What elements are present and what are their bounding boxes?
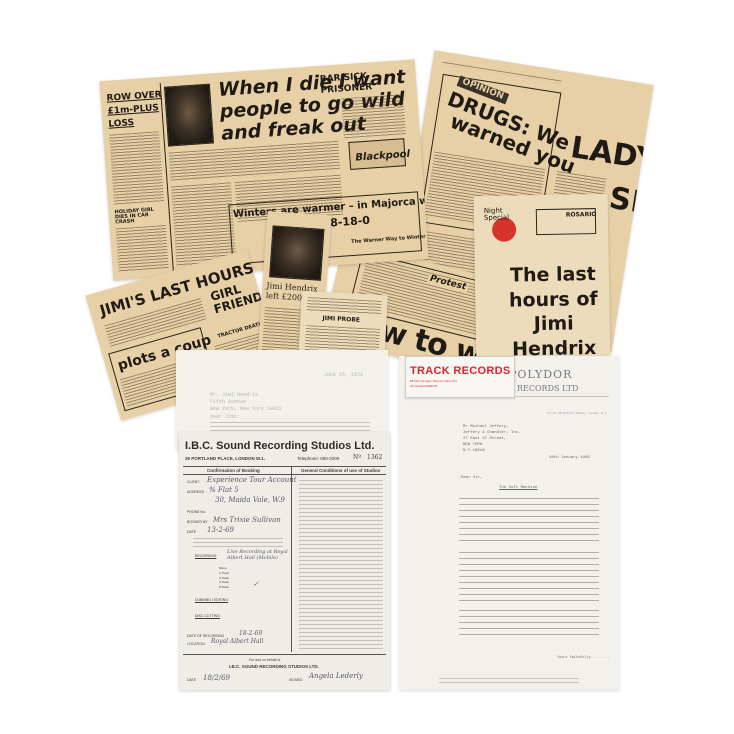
- footer-company: I.B.C. SOUND RECORDING STUDIOS LTD.: [229, 664, 319, 669]
- track-records-slip: TRACK RECORDS 58 Old Compton Street Lond…: [405, 356, 515, 398]
- loss-figure-headline: £1m-PLUS: [107, 104, 159, 117]
- recipient-address: Mr Michael Jeffery, Jeffery & Chandler, …: [463, 424, 521, 454]
- field-address-value: % Flat 5: [209, 486, 239, 494]
- recording-note: Live Recording at Royal Albert Hall (Mob…: [227, 550, 291, 561]
- four-track-checkmark: ✓: [253, 580, 259, 588]
- field-address-label: ADDRESS: [187, 490, 204, 494]
- recording-label: RECORDING: [195, 554, 216, 558]
- lady-headline: LADY: [569, 133, 654, 176]
- track-records-phone: 01-Gerrard 0969/7/8: [410, 384, 437, 388]
- track-records-title: TRACK RECORDS: [410, 365, 510, 377]
- hendrix-photo: [164, 84, 214, 147]
- location-label: LOCATION: [187, 642, 205, 646]
- field-address-value-2: 30, Maida Vale, W.9: [215, 496, 285, 504]
- letter-subject: The Soft Machine: [499, 486, 537, 490]
- ibc-form-number: 1362: [367, 454, 382, 461]
- confirmation-header: Confirmation of Booking: [207, 468, 260, 473]
- polydor-letterhead: POLYDOR: [509, 368, 572, 381]
- disc-cutting-label: DISC CUTTING: [195, 614, 220, 618]
- recording-options: Mono 2 Track 3 Track 4 Track 8 Track: [219, 566, 229, 590]
- polydor-letter: POLYDOR RECORDS LTD 17/19 Stratford Plac…: [399, 356, 619, 690]
- conditions-header: General Conditions of use of Studios: [301, 468, 380, 473]
- field-client-label: CLIENT: [187, 480, 199, 484]
- faint-letter-salutation: Dear Jimi:: [210, 414, 240, 420]
- paragraph-2: [459, 552, 599, 606]
- polydor-letterhead-2: RECORDS LTD: [517, 384, 578, 393]
- sender-address: 17/19 Stratford Place, London W.1: [547, 412, 606, 415]
- footer-signed-label: SIGNED: [289, 678, 302, 682]
- footer-signature: Angela Lederly: [309, 672, 363, 680]
- letter-closing: Yours faithfully ........: [557, 656, 610, 660]
- dubbing-label: DUBBING / EDITING: [195, 598, 228, 602]
- ibc-company-name: I.B.C. Sound Recording Studios Ltd.: [185, 440, 374, 452]
- ibc-telephone: Telephone: 580-2000: [297, 456, 339, 461]
- field-booked-by-label: BOOKED BY: [187, 520, 208, 524]
- field-booked-by-value: Mrs Trixie Sullivan: [213, 516, 281, 524]
- last-hours-headline: The last hours of Jimi Hendrix: [501, 262, 607, 363]
- loss-headline: LOSS: [108, 119, 134, 130]
- rosario-ad: ROSARIO: [566, 212, 597, 219]
- ibc-address: 35 PORTLAND PLACE, LONDON W.1.: [185, 456, 265, 461]
- ibc-number-label: Nº: [353, 454, 361, 461]
- field-phone-label: PHONE No.: [187, 510, 206, 514]
- field-client-value: Experience Tour Account: [207, 476, 297, 484]
- main-headline-clipping: ROW OVER £1m-PLUS LOSS HOLIDAY GIRL DIES…: [99, 59, 428, 281]
- paragraph-1: [459, 498, 599, 546]
- letter-salutation: Dear Sir,: [461, 476, 483, 480]
- recording-date-value: 18-2-69: [239, 630, 262, 637]
- side-headline-fragment: SE: [607, 184, 653, 220]
- letter-date: 28th January 1969: [549, 456, 590, 460]
- footer-caption: For and on behalf of: [249, 658, 280, 662]
- faint-letter-date: June 25, 1971: [324, 372, 363, 378]
- hendrix-portrait: [269, 225, 325, 281]
- holiday-girl-headline: HOLIDAY GIRL DIES IN CAR CRASH: [114, 207, 165, 225]
- row-over-headline: ROW OVER: [106, 91, 162, 104]
- ibc-booking-form: I.B.C. Sound Recording Studios Ltd. 35 P…: [179, 432, 390, 690]
- footer-date-value: 18/2/69: [203, 674, 230, 682]
- paragraph-3: [459, 610, 599, 640]
- track-records-address: 58 Old Compton Street London W1: [410, 379, 457, 383]
- faint-letter-address: Mr. Jimi Hendrix Fifth Avenue New York, …: [210, 392, 282, 413]
- field-date-label: DATE: [187, 530, 196, 534]
- night-special-badge: Night Special: [484, 207, 525, 238]
- location-value: Royal Albert Hall: [211, 638, 263, 645]
- night-special-clipping: Night Special ROSARIO The last hours of …: [474, 194, 611, 366]
- jimi-probe-headline: JIMI PROBE: [322, 316, 360, 324]
- footer-date-label: DATE: [187, 678, 196, 682]
- field-date-value: 13-2-69: [207, 526, 234, 534]
